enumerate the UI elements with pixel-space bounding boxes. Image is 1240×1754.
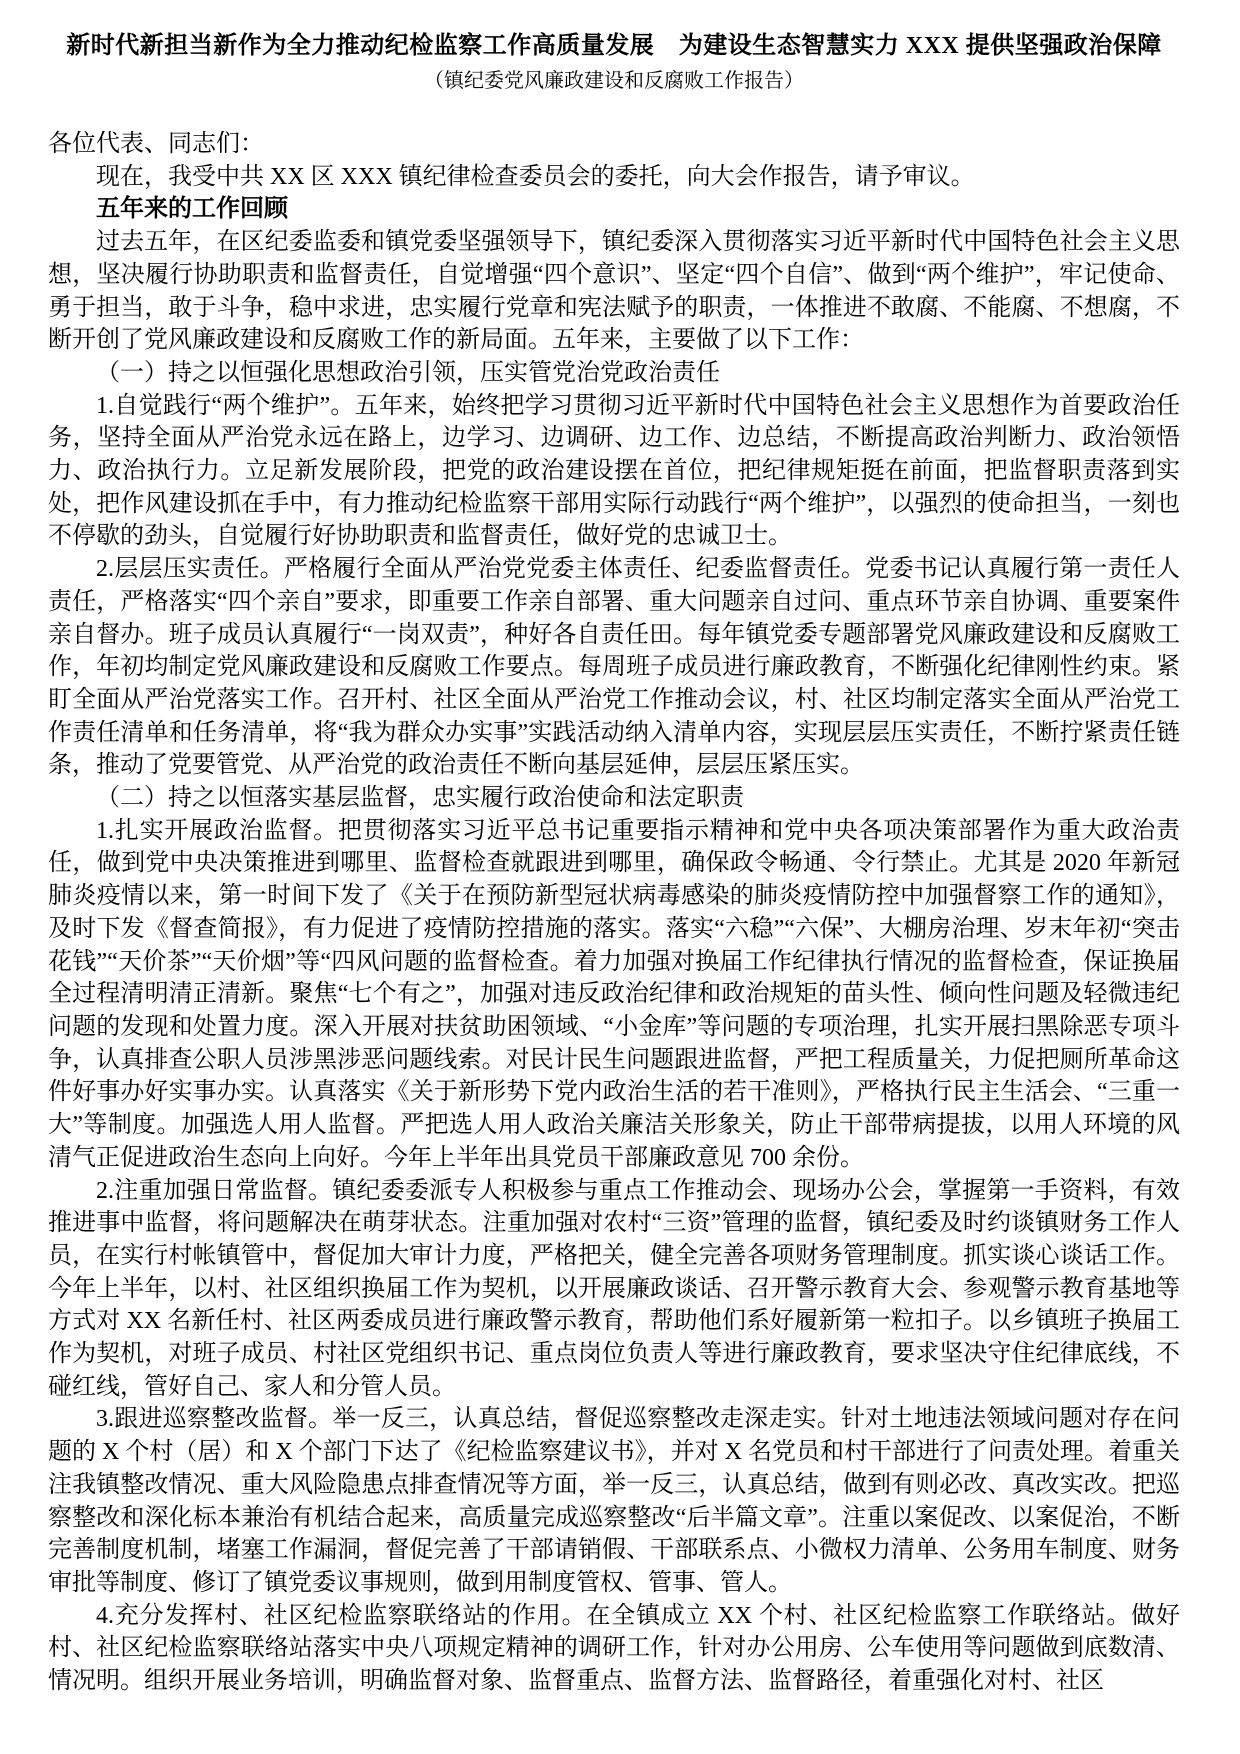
document-subtitle: （镇纪委党风廉政建设和反腐败工作报告） [48,65,1180,98]
paragraph: 2.注重加强日常监督。镇纪委委派专人积极参与重点工作推动会、现场办公会，掌握第一… [48,1175,1180,1404]
paragraph: 现在，我受中共 XX 区 XXX 镇纪律检查委员会的委托，向大会作报告，请予审议… [48,161,1180,194]
paragraph: 过去五年，在区纪委监委和镇党委坚强领导下，镇纪委深入贯彻落实习近平新时代中国特色… [48,226,1180,357]
paragraph: 1.自觉践行“两个维护”。五年来，始终把学习贯彻习近平新时代中国特色社会主义思想… [48,390,1180,554]
paragraph: 2.层层压实责任。严格履行全面从严治党党委主体责任、纪委监督责任。党委书记认真履… [48,553,1180,782]
paragraph: 3.跟进巡察整改监督。举一反三，认真总结，督促巡察整改走深走实。针对土地违法领域… [48,1403,1180,1599]
paragraph: （一）持之以恒强化思想政治引领，压实管党治党政治责任 [48,357,1180,390]
paragraph: 1.扎实开展政治监督。把贯彻落实习近平总书记重要指示精神和党中央各项决策部署作为… [48,815,1180,1175]
paragraph: 各位代表、同志们： [48,128,1180,161]
document-page: 新时代新担当新作为全力推动纪检监察工作高质量发展 为建设生态智慧实力 XXX 提… [0,0,1240,1754]
document-body: 各位代表、同志们：现在，我受中共 XX 区 XXX 镇纪律检查委员会的委托，向大… [48,128,1180,1698]
section-heading: 五年来的工作回顾 [48,193,1180,226]
paragraph: 4.充分发挥村、社区纪检监察联络站的作用。在全镇成立 XX 个村、社区纪检监察工… [48,1600,1180,1698]
document-title: 新时代新担当新作为全力推动纪检监察工作高质量发展 为建设生态智慧实力 XXX 提… [48,28,1180,65]
paragraph: （二）持之以恒落实基层监督，忠实履行政治使命和法定职责 [48,782,1180,815]
